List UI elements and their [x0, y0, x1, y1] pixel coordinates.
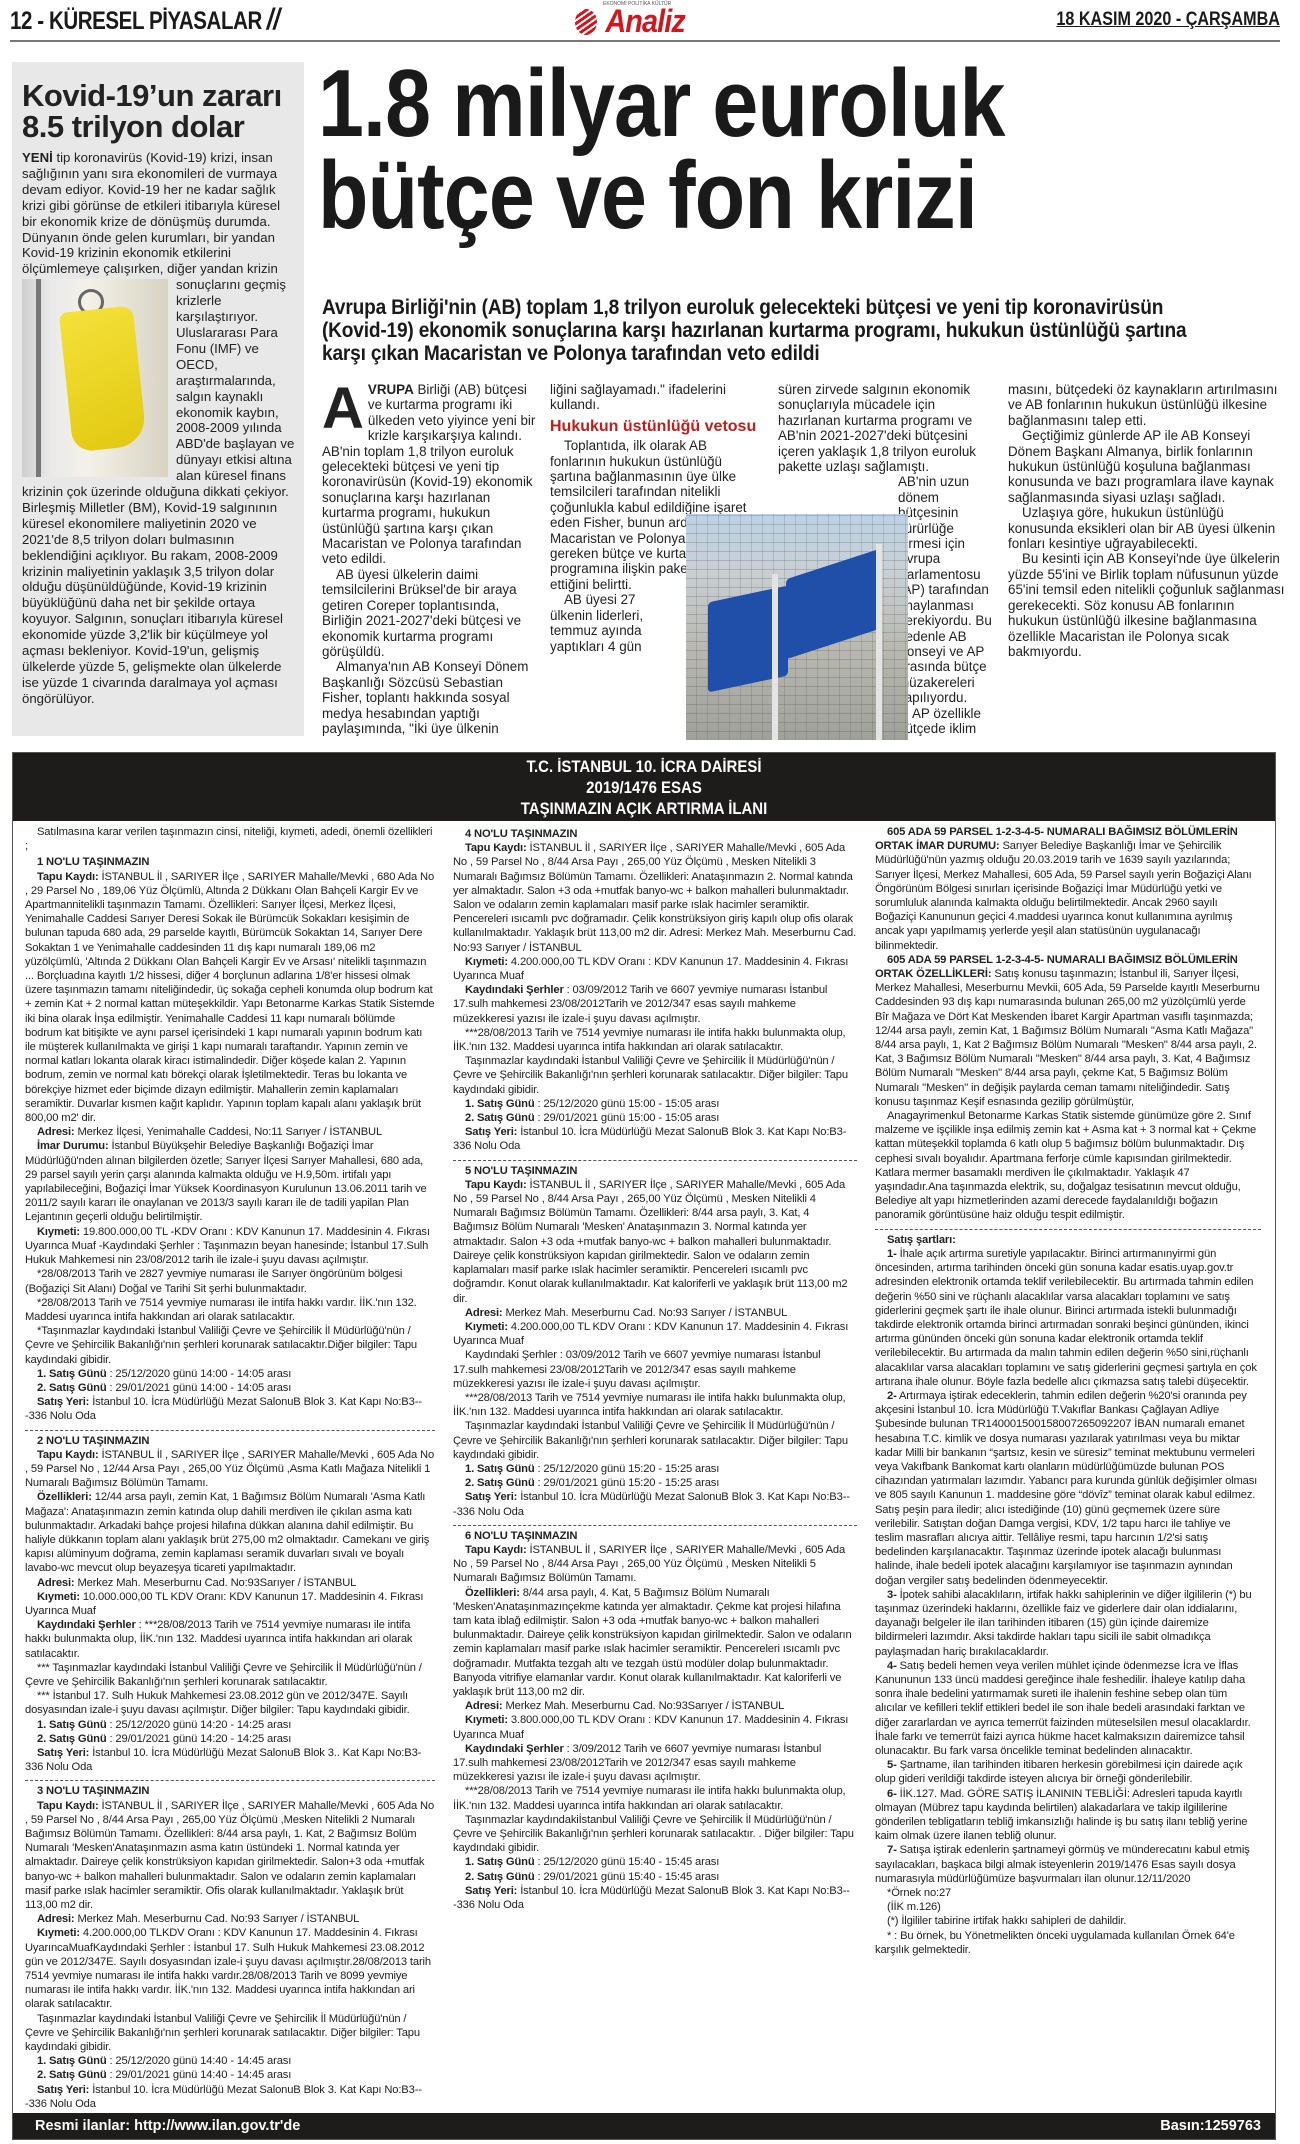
logo-swirl-icon	[575, 9, 597, 35]
term-item: 2- Artırmaya iştirak edeceklerin, tahmin…	[875, 1389, 1261, 1588]
issue-date: 18 KASIM 2020 - ÇARŞAMBA	[1057, 9, 1280, 31]
sidebar-body: YENİ tip koronavirüs (Kovid-19) krizi, i…	[22, 150, 298, 707]
notice-column-2: 4 NO'LU TAŞINMAZINTapu Kaydı: İSTANBUL İ…	[453, 825, 857, 2113]
auction-notice: T.C. İSTANBUL 10. İCRA DAİRESİ 2019/1476…	[12, 752, 1276, 2140]
sidebar-headline: Kovid-19’un zararı 8.5 trilyon dolar	[22, 80, 282, 142]
article-column-4: masını, bütçedeki öz kaynakların artırıl…	[1008, 382, 1288, 738]
term-item: 4- Satış bedeli hemen veya verilen mühle…	[875, 1659, 1261, 1758]
notice-column-1: Satılmasına karar verilen taşınmazın cin…	[25, 825, 435, 2113]
property-title: 6 NO'LU TAŞINMAZIN	[453, 1529, 857, 1543]
section-slash-mark: //	[267, 3, 280, 36]
main-article-body: AVRUPA Birliği (AB) bütçesi ve kurtarma …	[322, 382, 1290, 738]
terms-title: Satış şartları:	[875, 1233, 1261, 1247]
official-ads-link[interactable]: Resmi ilanlar: http://www.ilan.gov.tr'de	[35, 2118, 300, 2134]
notice-header: T.C. İSTANBUL 10. İCRA DAİRESİ 2019/1476…	[13, 753, 1275, 821]
divider	[453, 1160, 857, 1161]
property-title: 5 NO'LU TAŞINMAZIN	[453, 1164, 857, 1178]
property-title: 2 NO'LU TAŞINMAZIN	[25, 1434, 435, 1448]
term-item: 7- Satışa iştirak edenlerin şartnameyi g…	[875, 1843, 1261, 1886]
press-number: Basın:1259763	[1160, 2118, 1261, 2134]
newspaper-logo[interactable]: Analiz EKONOMİ POLİTİKA KÜLTÜR	[575, 3, 689, 40]
term-item: 1- İhale açık artırma suretiyle yapılaca…	[875, 1247, 1261, 1389]
term-item: 3- İpotek sahibi alacaklıların, irtifak …	[875, 1588, 1261, 1659]
term-item: 6- İİK.127. Mad. GÖRE SATIŞ İLANININ TEB…	[875, 1787, 1261, 1844]
notice-column-3: 605 ADA 59 PARSEL 1-2-3-4-5- NUMARALI BA…	[875, 825, 1261, 2113]
property-title: 4 NO'LU TAŞINMAZIN	[453, 827, 857, 841]
article-subheading: Hukukun üstünlüğü vetosu	[550, 419, 764, 434]
article-column-1: AVRUPA Birliği (AB) bütçesi ve kurtarma …	[322, 382, 536, 738]
divider	[875, 1229, 1261, 1230]
main-lead: Avrupa Birliği'nin (AB) toplam 1,8 trily…	[322, 296, 1205, 365]
sidebar-article: Kovid-19’un zararı 8.5 trilyon dolar YEN…	[12, 62, 304, 736]
page-header: 12 - KÜRESEL PİYASALAR// Analiz EKONOMİ …	[10, 0, 1280, 42]
term-item: 5- Şartname, ilan tarihinden itibaren he…	[875, 1758, 1261, 1786]
divider	[25, 1780, 435, 1781]
property-title: 1 NO'LU TAŞINMAZIN	[25, 855, 435, 869]
eu-flags-photo	[686, 514, 908, 740]
iv-bag-photo	[22, 279, 168, 477]
section-label: 12 - KÜRESEL PİYASALAR//	[10, 3, 280, 37]
divider	[25, 1430, 435, 1431]
property-title: 3 NO'LU TAŞINMAZIN	[25, 1784, 435, 1798]
notice-footer: Resmi ilanlar: http://www.ilan.gov.tr'de…	[13, 2113, 1275, 2139]
main-headline: 1.8 milyar euroluk bütçe ve fon krizi	[318, 58, 1152, 242]
drop-cap: A	[322, 384, 364, 434]
divider	[453, 1525, 857, 1526]
